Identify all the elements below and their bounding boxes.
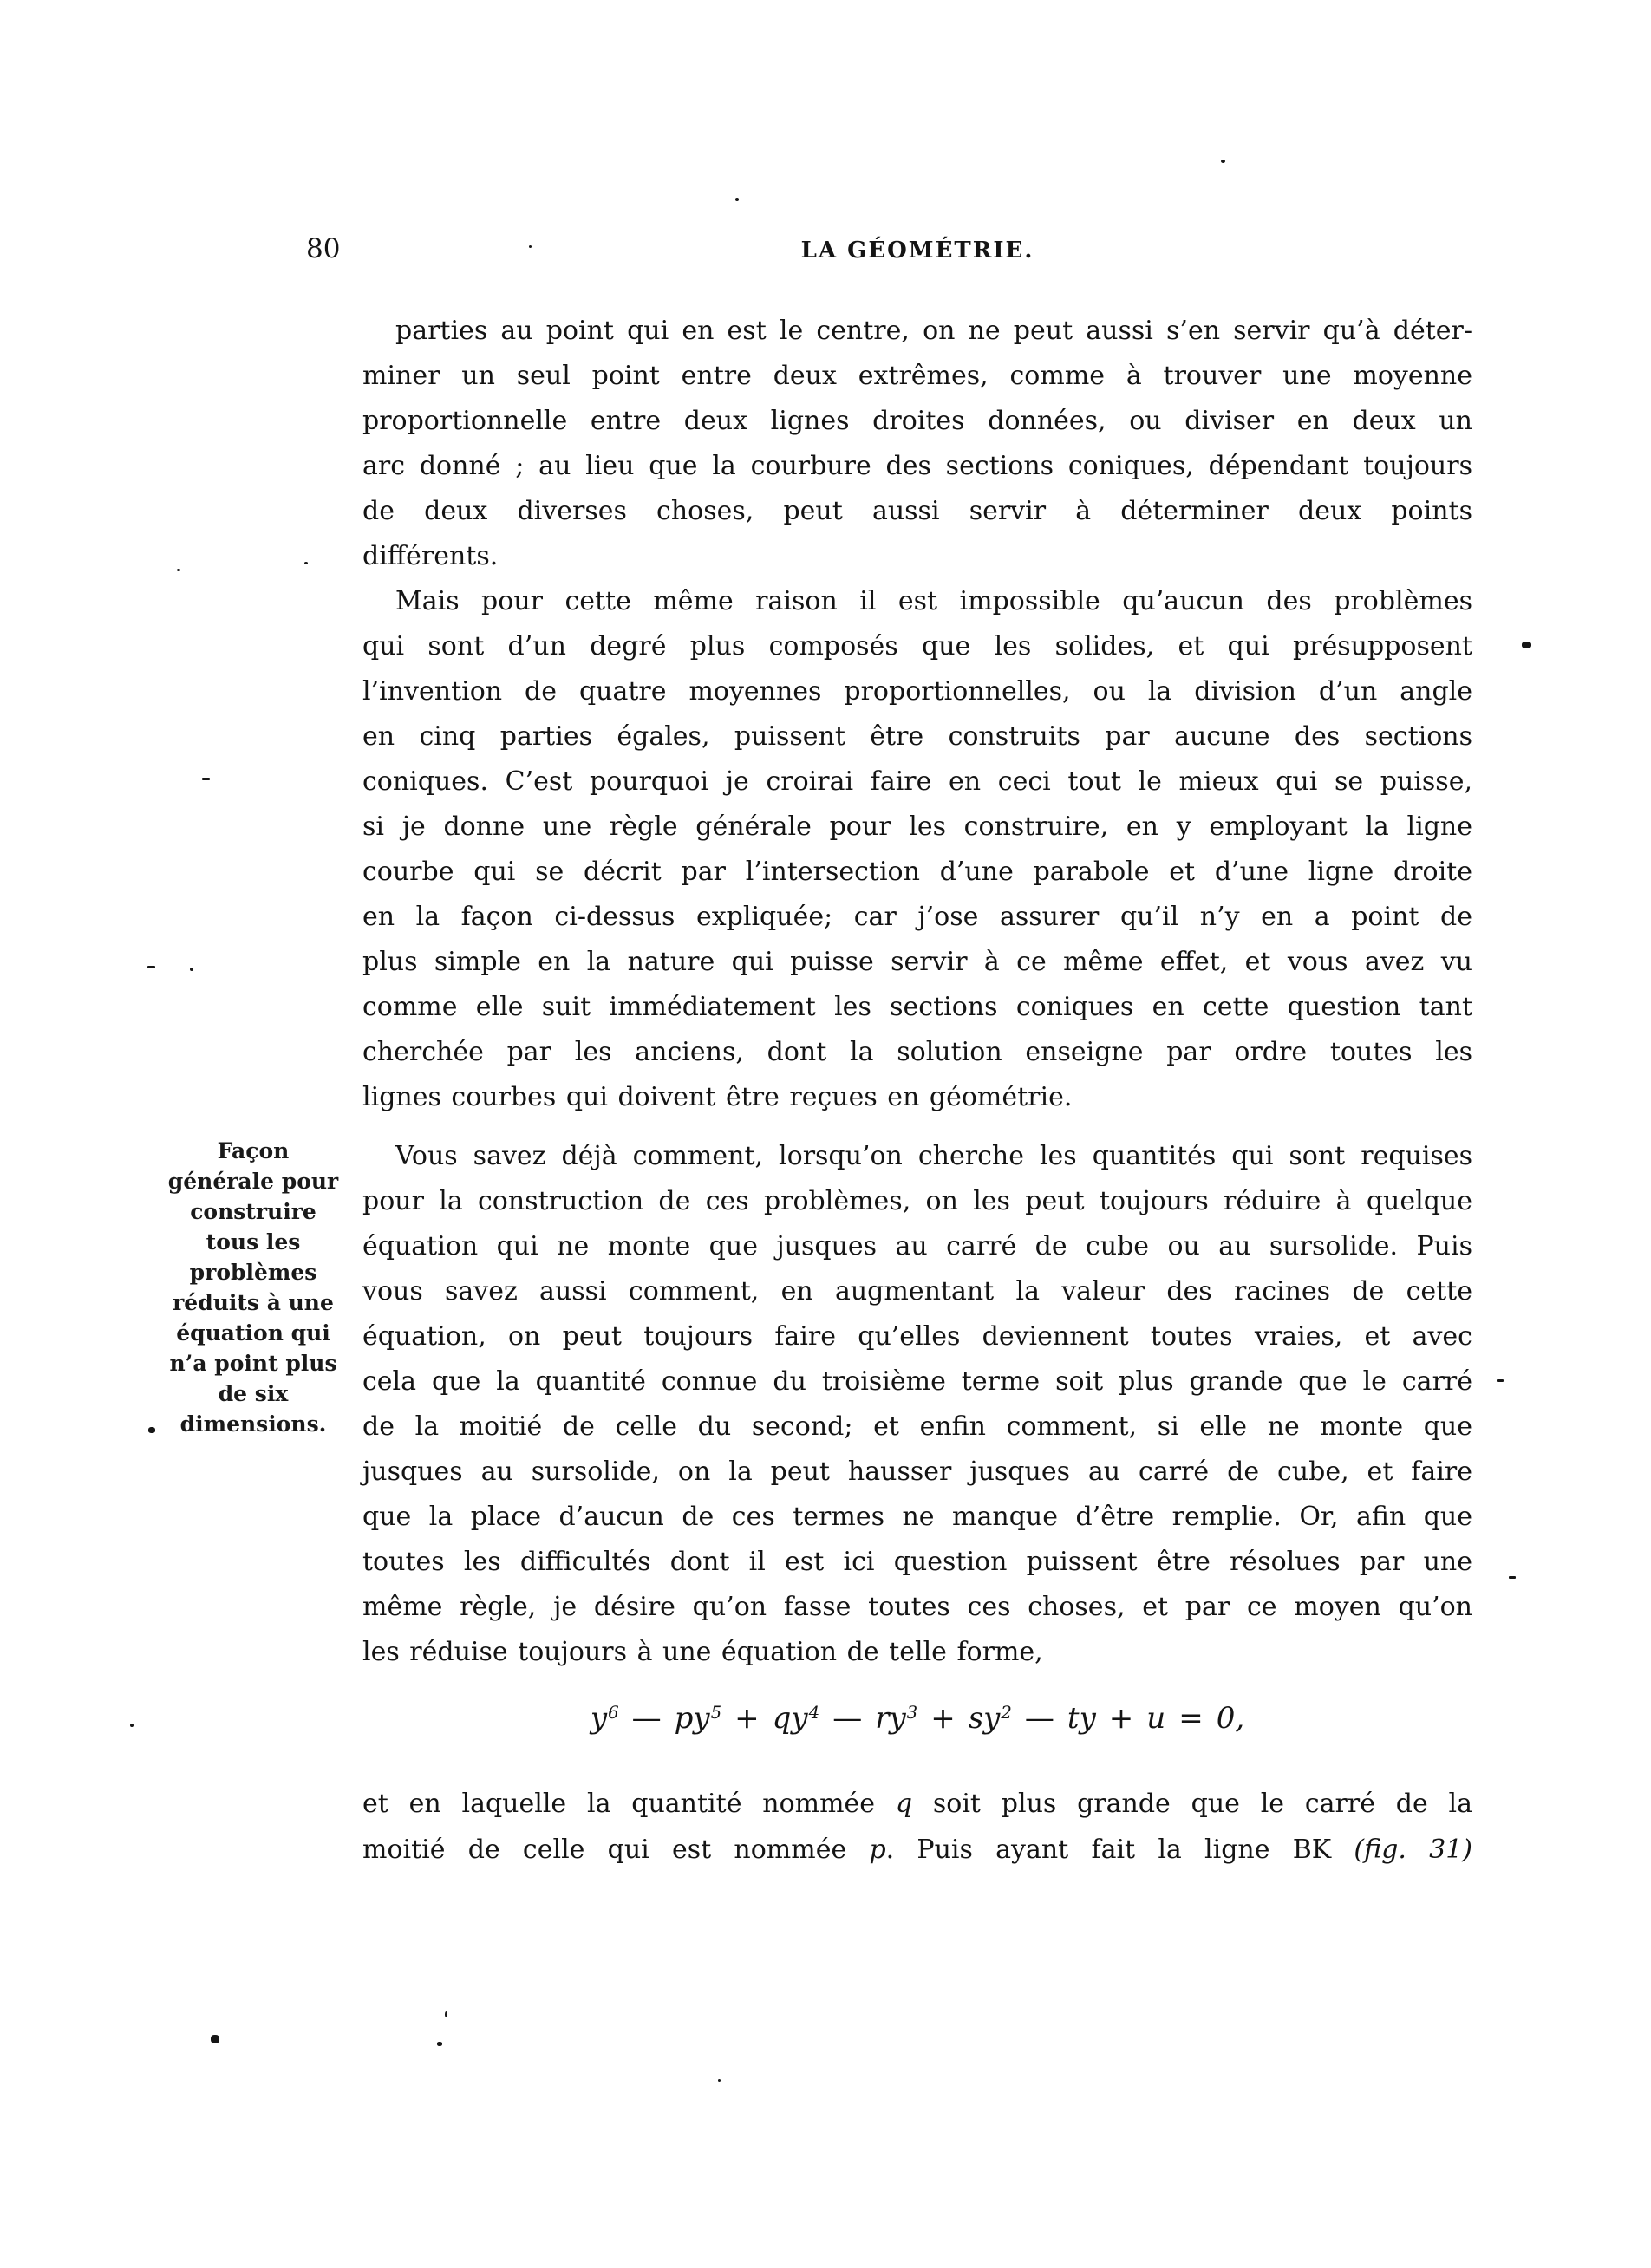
scan-speck	[1497, 1379, 1504, 1382]
scan-speck	[177, 569, 180, 571]
text-line: parties au point qui en est le centre, o…	[362, 309, 1472, 354]
text-line: coniques. C’est pourquoi je croirai fair…	[362, 759, 1472, 805]
closing-paragraph: et en laquelle la quantité nommée q soit…	[362, 1781, 1472, 1873]
plain-text: soit plus grande que le carré de la	[912, 1789, 1472, 1819]
margin-note-line: tous les	[161, 1227, 345, 1257]
equation-operator: =	[1178, 1701, 1204, 1736]
scan-speck	[130, 1724, 134, 1727]
paragraph: Mais pour cette même raison il est impos…	[362, 579, 1472, 1120]
margin-note-line: réduits à une	[161, 1287, 345, 1318]
text-line: en cinq parties égales, puissent être co…	[362, 714, 1472, 759]
equation-exponent: 3	[907, 1703, 918, 1723]
margin-note: Façongénérale pourconstruiretous lesprob…	[161, 1136, 345, 1439]
paragraph: parties au point qui en est le centre, o…	[362, 309, 1472, 579]
text-line: et en laquelle la quantité nommée q soit…	[362, 1781, 1472, 1827]
text-line: même règle, je désire qu’on fasse toutes…	[362, 1585, 1472, 1630]
text-line: toutes les difficultés dont il est ici q…	[362, 1540, 1472, 1585]
text-line: équation qui ne monte que jusques au car…	[362, 1224, 1472, 1269]
italic-text: (fig. 31)	[1354, 1835, 1472, 1865]
plain-text: moitié de celle qui est nommée	[362, 1835, 869, 1865]
equation: y6—py5+qy4—ry3+sy2—ty+u=0,	[362, 1692, 1472, 1744]
paragraph: Vous savez déjà comment, lorsqu’on cherc…	[362, 1134, 1472, 1675]
scan-speck	[190, 968, 193, 971]
text-line: de la moitié de celle du second; et enfi…	[362, 1404, 1472, 1450]
text-line: arc donné ; au lieu que la courbure des …	[362, 444, 1472, 489]
text-line: courbe qui se décrit par l’intersection …	[362, 850, 1472, 895]
text-line: plus simple en la nature qui puisse serv…	[362, 940, 1472, 985]
italic-text: p	[869, 1835, 885, 1865]
text-line: les réduise toujours à une équation de t…	[362, 1630, 1472, 1675]
margin-note-line: construire	[161, 1196, 345, 1227]
equation-exponent: 4	[809, 1703, 820, 1723]
margin-note-line: de six	[161, 1378, 345, 1409]
margin-note-line: générale pour	[161, 1166, 345, 1196]
margin-note-line: n’a point plus	[161, 1348, 345, 1378]
equation-exponent: 5	[711, 1703, 722, 1723]
text-line: lignes courbes qui doivent être reçues e…	[362, 1075, 1472, 1120]
scan-speck	[147, 966, 155, 968]
scan-speck	[1509, 1576, 1516, 1579]
equation-term: y6	[591, 1701, 619, 1736]
scan-speck	[304, 562, 308, 564]
equation-operator: +	[930, 1701, 956, 1736]
equation-exponent: 6	[608, 1703, 619, 1723]
equation-term: py5	[675, 1701, 722, 1736]
equation-term: 0,	[1217, 1701, 1244, 1736]
equation-operator: —	[632, 1701, 662, 1736]
text-line: qui sont d’un degré plus composés que le…	[362, 624, 1472, 669]
text-line: proportionnelle entre deux lignes droite…	[362, 399, 1472, 444]
text-line: l’invention de quatre moyennes proportio…	[362, 669, 1472, 714]
text-line: que la place d’aucun de ces termes ne ma…	[362, 1495, 1472, 1540]
scan-speck	[148, 1427, 155, 1433]
equation-operator: —	[832, 1701, 862, 1736]
equation-operator: +	[1109, 1701, 1134, 1736]
margin-note-line: équation qui	[161, 1318, 345, 1348]
text-line: si je donne une règle générale pour les …	[362, 805, 1472, 850]
scan-speck	[437, 2042, 442, 2046]
text-line: de deux diverses choses, peut aussi serv…	[362, 489, 1472, 534]
book-page: 80 LA GÉOMÉTRIE. Façongénérale pourconst…	[0, 0, 1651, 2268]
text-line: miner un seul point entre deux extrêmes,…	[362, 354, 1472, 399]
text-line: Mais pour cette même raison il est impos…	[362, 579, 1472, 624]
plain-text: . Puis ayant fait la ligne BK	[886, 1835, 1354, 1865]
scan-speck	[445, 2011, 447, 2017]
margin-note-line: Façon	[161, 1136, 345, 1166]
scan-speck	[1522, 642, 1531, 648]
text-line: jusques au sursolide, on la peut hausser…	[362, 1450, 1472, 1495]
scan-speck	[529, 245, 532, 248]
equation-exponent: 2	[1001, 1703, 1012, 1723]
equation-term: u	[1146, 1701, 1165, 1736]
text-line: différents.	[362, 534, 1472, 579]
scan-speck	[718, 2079, 721, 2082]
scan-speck	[202, 778, 210, 780]
equation-term: ty	[1067, 1701, 1096, 1736]
equation-term: sy2	[969, 1701, 1012, 1736]
margin-note-line: problèmes	[161, 1257, 345, 1287]
page-number: 80	[306, 236, 340, 263]
text-line: pour la construction de ces problèmes, o…	[362, 1179, 1472, 1224]
scan-speck	[735, 198, 739, 201]
text-line: équation, on peut toujours faire qu’elle…	[362, 1314, 1472, 1359]
text-line: cherchée par les anciens, dont la soluti…	[362, 1030, 1472, 1075]
equation-term: ry3	[875, 1701, 917, 1736]
running-header: LA GÉOMÉTRIE.	[362, 239, 1472, 262]
equation-operator: +	[734, 1701, 760, 1736]
equation-term: qy4	[773, 1701, 820, 1736]
text-line: Vous savez déjà comment, lorsqu’on cherc…	[362, 1134, 1472, 1179]
text-line: moitié de celle qui est nommée p. Puis a…	[362, 1827, 1472, 1873]
text-line: en la façon ci-dessus expliquée; car j’o…	[362, 895, 1472, 940]
equation-operator: —	[1025, 1701, 1054, 1736]
scan-speck	[211, 2035, 219, 2043]
text-line: vous savez aussi comment, en augmentant …	[362, 1269, 1472, 1314]
text-line: comme elle suit immédiatement les sectio…	[362, 985, 1472, 1030]
plain-text: et en laquelle la quantité nommée	[362, 1789, 896, 1819]
scan-speck	[1221, 160, 1225, 163]
text-line: cela que la quantité connue du troisième…	[362, 1359, 1472, 1404]
italic-text: q	[896, 1789, 912, 1819]
margin-note-line: dimensions.	[161, 1409, 345, 1439]
